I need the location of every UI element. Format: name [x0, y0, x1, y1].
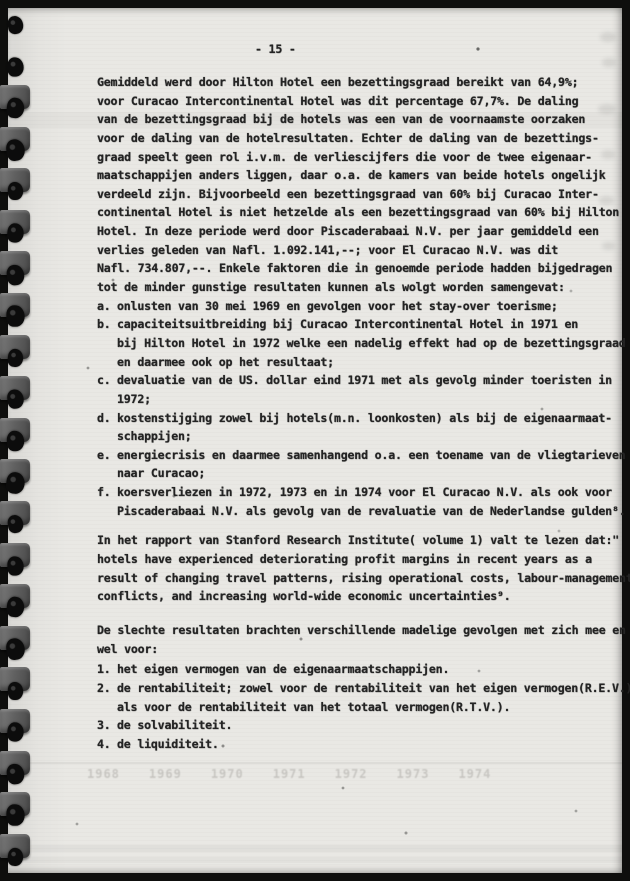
text-line: continental Hotel is niet hetzelde als e… [97, 203, 625, 222]
text-line: verlies geleden van Nafl. 1.092.141,--; … [97, 241, 625, 260]
ghost-year: 1974 [458, 767, 491, 781]
list-item: 3.de solvabiliteit. [97, 716, 625, 735]
text-line: In het rapport van Stanford Research Ins… [97, 531, 625, 550]
ghost-years-bleedthrough: 1968196919701971197219731974 [87, 767, 491, 781]
text-line: result of changing travel patterns, risi… [97, 569, 625, 588]
list-item: e.energiecrisis en daarmee samenhangend … [97, 446, 625, 465]
text-line: Hotel. In deze periode werd door Piscade… [97, 222, 625, 241]
text-line: 1972; [97, 390, 625, 409]
text-line: Piscaderabaai N.V. als gevolg van de rev… [97, 502, 625, 521]
punch-hole [6, 305, 24, 327]
list-item-text: devaluatie van de US. dollar eind 1971 m… [117, 373, 612, 387]
scan-band [8, 845, 622, 852]
list-item-text: koersverliezen in 1972, 1973 en in 1974 … [117, 485, 612, 499]
ghost-year: 1971 [273, 767, 306, 781]
scan-smudge [600, 32, 616, 42]
list-marker: d. [97, 409, 117, 428]
scan-smudge [599, 196, 614, 205]
text-line: schappijen; [97, 427, 625, 446]
document-text: Gemiddeld werd door Hilton Hotel een bez… [97, 73, 625, 753]
list-marker: f. [97, 483, 117, 502]
list-item-text: kostenstijging zowel bij hotels(m.n. loo… [117, 411, 612, 425]
text-line: graad speelt geen rol i.v.m. de verliesc… [97, 148, 625, 167]
text-line: bij Hilton Hotel in 1972 welke een nadel… [97, 334, 625, 353]
list-item: f.koersverliezen in 1972, 1973 en in 197… [97, 483, 625, 502]
list-item-text: capaciteitsuitbreiding bij Curacao Inter… [117, 317, 578, 331]
comb-binding [0, 0, 44, 881]
list-block: 1.het eigen vermogen van de eigenaarmaat… [97, 660, 625, 753]
list-marker: b. [97, 315, 117, 334]
text-line: naar Curacao; [97, 464, 625, 483]
list-item-text: de rentabiliteit; zowel voor de rentabil… [117, 681, 630, 695]
ghost-year: 1972 [335, 767, 368, 781]
text-line: van de bezettingsgraad bij de hotels was… [97, 110, 625, 129]
list-marker: 4. [97, 735, 117, 754]
list-item-text: onlusten van 30 mei 1969 en gevolgen voo… [117, 299, 558, 313]
list-marker: e. [97, 446, 117, 465]
text-line: voor Curacao Intercontinental Hotel was … [97, 92, 625, 111]
scan-smudge [601, 150, 615, 159]
list-item-text: het eigen vermogen van de eigenaarmaatsc… [117, 662, 449, 676]
list-item: 1.het eigen vermogen van de eigenaarmaat… [97, 660, 625, 679]
punch-hole [7, 15, 24, 35]
list-marker: 2. [97, 679, 117, 698]
text-line: maatschappijen anders liggen, daar o.a. … [97, 166, 625, 185]
list-item: a.onlusten van 30 mei 1969 en gevolgen v… [97, 297, 625, 316]
scan-smudge [602, 242, 615, 250]
text-line: hotels have experienced deteriorating pr… [97, 550, 625, 569]
text-line: Nafl. 734.807,--. Enkele faktoren die in… [97, 259, 625, 278]
text-line: tot de minder gunstige resultaten kunnen… [97, 278, 625, 297]
list-item: 2.de rentabiliteit; zowel voor de rentab… [97, 679, 625, 698]
list-item-text: de liquiditeit. [117, 737, 219, 751]
list-item: d.kostenstijging zowel bij hotels(m.n. l… [97, 409, 625, 428]
page-number: - 15 - [255, 42, 296, 56]
text-line: Gemiddeld werd door Hilton Hotel een bez… [97, 73, 625, 92]
list-marker: 3. [97, 716, 117, 735]
punch-hole [7, 431, 24, 451]
ghost-year: 1970 [211, 767, 244, 781]
paragraph-block: In het rapport van Stanford Research Ins… [97, 531, 625, 606]
scan-band [8, 857, 622, 863]
text-line: en daarmee ook op het resultaat; [97, 353, 625, 372]
punch-hole [8, 182, 23, 200]
list-item-text: de solvabiliteit. [117, 718, 232, 732]
text-line: wel voor: [97, 640, 625, 659]
scan-smudge [598, 104, 616, 114]
list-marker: 1. [97, 660, 117, 679]
list-item: c.devaluatie van de US. dollar eind 1971… [97, 371, 625, 390]
punch-hole [8, 682, 23, 700]
punch-hole [6, 805, 24, 827]
list-marker: a. [97, 297, 117, 316]
ghost-year: 1973 [397, 767, 430, 781]
list-item-text: energiecrisis en daarmee samenhangend o.… [117, 448, 626, 462]
paper-sheet: - 15 - Gemiddeld werd door Hilton Hotel … [8, 8, 622, 873]
bleedthrough-line [8, 762, 622, 764]
ghost-year: 1969 [149, 767, 182, 781]
ghost-year: 1968 [87, 767, 120, 781]
text-line: als voor de rentabiliteit van het totaal… [97, 698, 625, 717]
list-item: 4.de liquiditeit. [97, 735, 625, 754]
punch-hole [7, 556, 23, 575]
list-item: b.capaciteitsuitbreiding bij Curacao Int… [97, 315, 625, 334]
scan-smudge [602, 58, 616, 67]
paragraph-block: De slechte resultaten brachten verschill… [97, 621, 625, 658]
text-line: De slechte resultaten brachten verschill… [97, 621, 625, 640]
list-block: a.onlusten van 30 mei 1969 en gevolgen v… [97, 297, 625, 521]
text-line: verdeeld zijn. Bijvoorbeeld een bezettin… [97, 185, 625, 204]
paragraph-block: Gemiddeld werd door Hilton Hotel een bez… [97, 73, 625, 297]
scanned-page: - 15 - Gemiddeld werd door Hilton Hotel … [0, 0, 630, 881]
text-line: conflicts, and increasing world-wide eco… [97, 587, 625, 606]
list-marker: c. [97, 371, 117, 390]
text-line: voor de daling van de hotelresultaten. E… [97, 129, 625, 148]
punch-hole [7, 57, 23, 76]
